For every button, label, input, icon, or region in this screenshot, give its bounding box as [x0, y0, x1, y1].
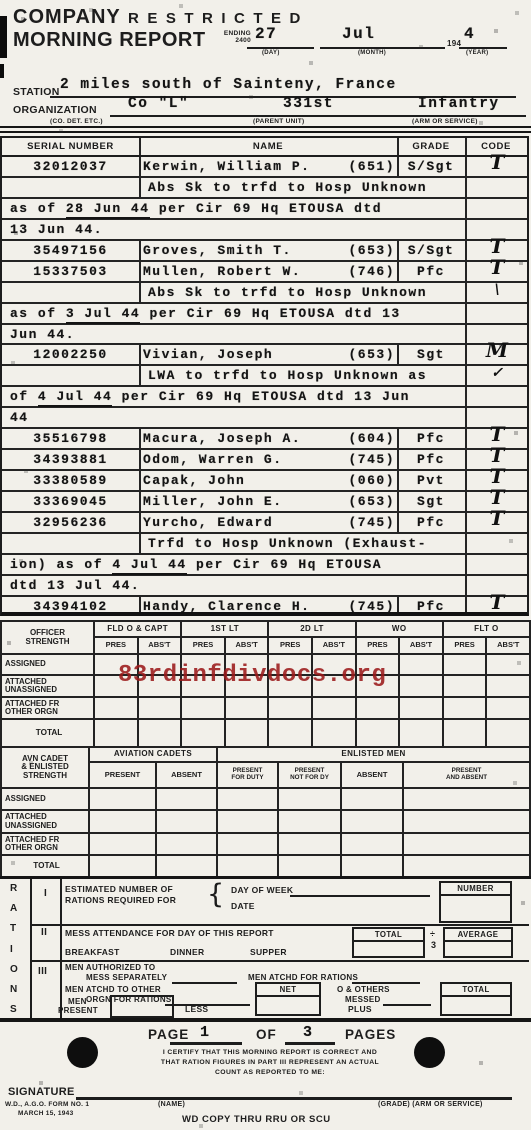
month-sublabel: (MONTH) — [358, 50, 386, 56]
name-cell: Odom, Warren G.(745) — [143, 452, 395, 467]
roster-row-entry: 35497156Groves, Smith T.(653)S/SgtT — [2, 241, 527, 262]
less-label: LESS — [185, 1004, 208, 1014]
year-rule — [459, 47, 507, 49]
roster-row-remark: LWA to trfd to Hosp Unknown as✓ — [2, 366, 527, 387]
avn-strength-stub: AVN CADET& ENLISTEDSTRENGTH — [1, 747, 89, 788]
officer-strength-cell — [181, 697, 225, 719]
remark-cell: ion) as of 4 Jul 44 per Cir 69 Hq ETOUSA — [10, 557, 382, 572]
avn-strength-cell — [403, 810, 530, 833]
men-present-box — [110, 995, 174, 1018]
grade-cell: Pfc — [397, 264, 465, 279]
rations-total-box: TOTAL — [440, 982, 512, 1016]
avn-strength-cell — [341, 833, 403, 855]
officer-group-header: 2D LT — [268, 621, 355, 637]
grade-cell: Sgt — [397, 347, 465, 362]
serial-cell: 33369045 — [2, 494, 139, 509]
form-title-line2: MORNING REPORT — [13, 29, 206, 52]
name-cell: Miller, John E.(653) — [143, 494, 395, 509]
remark-cell: Abs Sk to trfd to Hosp Unknown — [148, 180, 427, 195]
certification-statement: I CERTIFY THAT THIS MORNING REPORT IS CO… — [112, 1048, 428, 1078]
form-id-line1: W.D., A.G.O. FORM NO. 1 — [5, 1101, 89, 1108]
avn-row-label: ASSIGNED — [1, 788, 89, 810]
plus-label: PLUS — [348, 1004, 372, 1014]
remark-cell: 44 — [10, 410, 29, 425]
officer-strength-cell — [443, 675, 487, 697]
name-text: Odom, Warren G. — [143, 452, 283, 467]
officer-strength-cell — [268, 697, 312, 719]
remark-underlined-text: 4 Jul 44 — [38, 389, 112, 407]
table-line — [139, 262, 141, 281]
signature-rule — [76, 1097, 512, 1100]
avn-strength-cell — [89, 788, 156, 810]
rations-letter: I — [10, 944, 13, 955]
pres-abst-header: PRES — [94, 637, 138, 654]
supper-label: SUPPER — [250, 947, 287, 957]
officer-group-header: WO — [356, 621, 443, 637]
officer-strength-cell — [356, 719, 400, 747]
pres-abst-header: PRES — [356, 637, 400, 654]
mos-text: (746) — [348, 264, 395, 279]
officer-strength-cell — [181, 719, 225, 747]
org-parent-sublabel: (PARENT UNIT) — [253, 118, 304, 125]
roster-row-entry: 32012037Kerwin, William P.(651)S/SgtT — [2, 157, 527, 178]
page-number: 1 — [200, 1024, 211, 1041]
page-label: PAGE — [148, 1027, 189, 1042]
roster-row-remark: Trfd to Hosp Unknown (Exhaust- — [2, 534, 527, 555]
avn-strength-cell — [156, 833, 217, 855]
roster-row-entry: 33380589Capak, John(060)PvtT — [2, 471, 527, 492]
remark-cell: Jun 44. — [10, 327, 75, 342]
code-cell: T — [465, 592, 529, 612]
form-title-line1: COMPANY — [13, 6, 121, 29]
officer-row-label: TOTAL — [1, 719, 94, 747]
rations-letter: T — [10, 923, 16, 934]
officer-strength-cell — [356, 697, 400, 719]
remark-text: per Cir 69 Hq ETOUSA dtd 13 — [140, 306, 400, 321]
remark-cell: as of 28 Jun 44 per Cir 69 Hq ETOUSA dtd — [10, 201, 382, 216]
mess-separately-label: MESS SEPARATELY — [86, 973, 167, 982]
avn-strength-cell — [278, 810, 341, 833]
scan-artifact — [0, 16, 7, 58]
scan-artifact — [0, 64, 4, 78]
remark-cell: dtd 13 Jul 44. — [10, 578, 140, 593]
day-sublabel: (DAY) — [262, 50, 280, 56]
number-box-label: NUMBER — [441, 883, 510, 896]
name-text: Handy, Clarence H. — [143, 599, 310, 614]
remark-cell: LWA to trfd to Hosp Unknown as — [148, 368, 427, 383]
serial-cell: 34393881 — [2, 452, 139, 467]
code-cell: T — [465, 445, 529, 465]
table-line — [30, 879, 32, 1018]
name-cell: Kerwin, William P.(651) — [143, 159, 395, 174]
avn-strength-cell — [217, 788, 278, 810]
officer-strength-cell — [138, 719, 182, 747]
table-line — [60, 879, 62, 1018]
rations-letter: S — [10, 1004, 17, 1015]
serial-cell: 35497156 — [2, 243, 139, 258]
avn-strength-cell — [217, 833, 278, 855]
officer-strength-cell — [94, 719, 138, 747]
name-text: Capak, John — [143, 473, 245, 488]
mess-attendance-label: MESS ATTENDANCE FOR DAY OF THIS REPORT — [65, 928, 274, 938]
code-cell: T — [465, 236, 529, 256]
remark-underlined-text: 28 Jun 44 — [66, 201, 150, 219]
org-unit-sublabel: (CO. DET. ETC.) — [50, 118, 103, 125]
distribution-label: WD COPY THRU RRU OR SCU — [182, 1114, 331, 1125]
officer-strength-cell — [486, 654, 530, 675]
org-arm-sublabel: (ARM OR SERVICE) — [412, 118, 478, 125]
mos-text: (745) — [348, 452, 395, 467]
breakfast-label: BREAKFAST — [65, 947, 120, 957]
number-box: NUMBER — [439, 881, 512, 923]
report-month: Jul — [342, 25, 375, 43]
table-line — [139, 283, 141, 302]
name-text: Vivian, Joseph — [143, 347, 273, 362]
code-cell: T — [465, 508, 529, 528]
day-rule — [247, 47, 314, 49]
grade-cell: S/Sgt — [397, 159, 465, 174]
of-label: OF — [256, 1027, 277, 1042]
officer-strength-cell — [443, 719, 487, 747]
ending-time: 2400 — [235, 37, 251, 44]
roster-row-remark: 13 Jun 44. — [2, 220, 527, 241]
pages-label: PAGES — [345, 1027, 396, 1042]
code-cell: T — [465, 152, 529, 172]
net-label: NET — [257, 984, 319, 997]
remark-text: Abs Sk to trfd to Hosp Unknown — [148, 285, 427, 300]
org-arm: Infantry — [418, 96, 500, 112]
table-line — [139, 492, 141, 511]
heavy-rule — [0, 1018, 531, 1022]
code-cell: T — [465, 466, 529, 486]
code-cell: T — [465, 257, 529, 277]
section-ii-numeral: II — [41, 927, 47, 938]
remark-text: ion) as of — [10, 557, 112, 572]
rations-letter: R — [10, 883, 18, 894]
certify-line2: THAT RATION FIGURES IN PART III REPRESEN… — [112, 1058, 428, 1068]
mos-text: (651) — [348, 159, 395, 174]
form-id-line2: MARCH 15, 1943 — [18, 1110, 74, 1117]
officer-strength-stub: OFFICERSTRENGTH — [1, 621, 94, 654]
name-cell: Handy, Clarence H.(745) — [143, 599, 395, 614]
remark-cell: Abs Sk to trfd to Hosp Unknown — [148, 285, 427, 300]
officer-strength-cell — [225, 719, 269, 747]
roster-row-remark: Abs Sk to trfd to Hosp Unknown — [2, 178, 527, 199]
rations-letter: O — [10, 964, 18, 975]
code-cell: \ — [465, 283, 529, 297]
avn-subcol-header: PRESENT — [89, 762, 156, 788]
avn-subcol-header: ABSENT — [156, 762, 217, 788]
roster-row-remark: dtd 13 Jul 44. — [2, 576, 527, 597]
table-line — [139, 597, 141, 616]
roster-row-remark: of 4 Jul 44 per Cir 69 Hq ETOUSA dtd 13 … — [2, 387, 527, 408]
report-year-digit: 4 — [464, 25, 475, 43]
remark-text: 44 — [10, 410, 29, 425]
blank-rule — [352, 982, 420, 984]
table-line — [139, 429, 141, 448]
name-text: Mullen, Robert W. — [143, 264, 301, 279]
name-cell: Capak, John(060) — [143, 473, 395, 488]
avn-strength-cell — [156, 810, 217, 833]
men-atchd-for-rations-label: MEN ATCHD FOR RATIONS — [248, 973, 358, 982]
o-and-others-label: O & OTHERS — [337, 985, 390, 994]
avn-strength-cell — [278, 855, 341, 877]
blank-rule — [290, 895, 430, 897]
grade-cell: S/Sgt — [397, 243, 465, 258]
messed-label: MESSED — [345, 995, 381, 1004]
roster-row-entry: 34394102Handy, Clarence H.(745)PfcT — [2, 597, 527, 616]
table-line — [465, 555, 467, 574]
avn-group-header: AVIATION CADETS — [89, 747, 217, 762]
scan-noise — [0, 0, 2, 2]
date-label: DATE — [231, 901, 255, 911]
heavy-rule — [0, 131, 531, 133]
serial-cell: 32956236 — [2, 515, 139, 530]
restricted-stamp: RESTRICTED — [128, 10, 309, 27]
rations-estimated-line1: ESTIMATED NUMBER OF — [65, 884, 173, 894]
avn-group-header: ENLISTED MEN — [217, 747, 530, 762]
roster-row-remark: 44 — [2, 408, 527, 429]
name-cell: Vivian, Joseph(653) — [143, 347, 395, 362]
roster-row-remark: as of 28 Jun 44 per Cir 69 Hq ETOUSA dtd — [2, 199, 527, 220]
grade-cell: Sgt — [397, 494, 465, 509]
name-text: Macura, Joseph A. — [143, 431, 301, 446]
remark-text: Abs Sk to trfd to Hosp Unknown — [148, 180, 427, 195]
avn-strength-cell — [341, 788, 403, 810]
officer-strength-cell — [486, 675, 530, 697]
remark-cell: 13 Jun 44. — [10, 222, 103, 237]
section-iii-numeral: III — [38, 966, 47, 977]
roster-rows: 32012037Kerwin, William P.(651)S/SgtTAbs… — [2, 157, 527, 616]
remark-text: Jun 44. — [10, 327, 75, 342]
remark-text: per Cir 69 Hq ETOUSA dtd 13 Jun — [112, 389, 410, 404]
average-box: AVERAGE — [443, 927, 513, 958]
grade-cell: Pfc — [397, 431, 465, 446]
rations-letter: A — [10, 903, 18, 914]
heavy-rule — [0, 876, 531, 879]
avn-strength-cell — [156, 788, 217, 810]
serial-cell: 15337503 — [2, 264, 139, 279]
page-rule — [170, 1042, 242, 1045]
signature-label: SIGNATURE — [8, 1086, 75, 1098]
table-line — [465, 199, 467, 218]
certify-line1: I CERTIFY THAT THIS MORNING REPORT IS CO… — [112, 1048, 428, 1058]
rations-estimated-line2: RATIONS REQUIRED FOR — [65, 895, 176, 905]
name-cell: Groves, Smith T.(653) — [143, 243, 395, 258]
avn-strength-cell — [156, 855, 217, 877]
avn-strength-cell — [278, 833, 341, 855]
remark-text: per Cir 69 Hq ETOUSA — [187, 557, 382, 572]
pres-abst-header: ABS'T — [312, 637, 356, 654]
rations-letter: N — [10, 984, 18, 995]
avn-strength-cell — [403, 855, 530, 877]
serial-cell: 32012037 — [2, 159, 139, 174]
officer-group-header: FLD O & CAPT — [94, 621, 181, 637]
report-day: 27 — [255, 25, 277, 43]
mos-text: (653) — [348, 347, 395, 362]
table-line — [139, 366, 141, 385]
year-sublabel: (YEAR) — [466, 50, 488, 56]
roster-row-entry: 35516798Macura, Joseph A.(604)PfcT — [2, 429, 527, 450]
ending-label: ENDING 2400 — [221, 30, 251, 44]
grade-arm-sublabel: (GRADE) (ARM OR SERVICE) — [378, 1101, 483, 1108]
certify-line3: COUNT AS REPORTED TO ME: — [112, 1068, 428, 1078]
table-line — [139, 178, 141, 197]
section-i-numeral: I — [44, 888, 47, 899]
blank-rule — [383, 1004, 431, 1006]
mos-text: (060) — [348, 473, 395, 488]
roster-row-remark: as of 3 Jul 44 per Cir 69 Hq ETOUSA dtd … — [2, 304, 527, 325]
table-line — [465, 304, 467, 323]
roster-row-entry: 12002250Vivian, Joseph(653)SgtM — [2, 345, 527, 366]
table-line — [139, 241, 141, 260]
morning-report-form: COMPANY RESTRICTED MORNING REPORT ENDING… — [0, 0, 531, 1130]
roster-header: SERIAL NUMBER NAME GRADE CODE — [2, 138, 527, 157]
officer-strength-cell — [312, 719, 356, 747]
pres-abst-header: PRES — [268, 637, 312, 654]
avn-subcol-header: ABSENT — [341, 762, 403, 788]
avn-strength-cell — [278, 788, 341, 810]
table-line — [30, 924, 529, 926]
avn-subcol-header: PRESENTFOR DUTY — [217, 762, 278, 788]
officer-strength-cell — [399, 697, 443, 719]
grade-cell: Pfc — [397, 515, 465, 530]
grade-cell: Pfc — [397, 452, 465, 467]
avn-strength-cell — [341, 810, 403, 833]
table-line — [139, 534, 141, 553]
officer-strength-cell — [399, 654, 443, 675]
present-label: PRESENT — [58, 1006, 98, 1015]
table-line — [465, 534, 467, 553]
roster-row-remark: Jun 44. — [2, 325, 527, 346]
day-of-week-label: DAY OF WEEK — [231, 885, 293, 895]
avn-strength-cell — [217, 810, 278, 833]
officer-strength-cell — [486, 697, 530, 719]
table-line — [139, 138, 141, 155]
remark-text: per Cir 69 Hq ETOUSA dtd — [150, 201, 383, 216]
remark-cell: Trfd to Hosp Unknown (Exhaust- — [148, 536, 427, 551]
roster-row-entry: 33369045Miller, John E.(653)SgtT — [2, 492, 527, 513]
pres-abst-header: ABS'T — [486, 637, 530, 654]
remark-cell: as of 3 Jul 44 per Cir 69 Hq ETOUSA dtd … — [10, 306, 401, 321]
remark-underlined-text: 3 Jul 44 — [66, 306, 140, 324]
station-value: 2 miles south of Sainteny, France — [60, 77, 397, 93]
mos-text: (653) — [348, 243, 395, 258]
remark-underlined-text: 4 Jul 44 — [112, 557, 186, 575]
officer-row-label: ASSIGNED — [1, 654, 94, 675]
avn-cadet-enlisted-table: AVN CADET& ENLISTEDSTRENGTHAVIATION CADE… — [0, 746, 531, 878]
average-label: AVERAGE — [445, 929, 511, 942]
name-text: Yurcho, Edward — [143, 515, 273, 530]
table-line — [465, 178, 467, 197]
pages-total-number: 3 — [303, 1024, 314, 1041]
avn-subcol-header: PRESENTNOT FOR DY — [278, 762, 341, 788]
remark-cell: of 4 Jul 44 per Cir 69 Hq ETOUSA dtd 13 … — [10, 389, 410, 404]
punch-hole — [67, 1037, 98, 1068]
table-line — [30, 960, 529, 962]
avn-strength-cell — [89, 855, 156, 877]
name-text: Kerwin, William P. — [143, 159, 310, 174]
pres-abst-header: ABS'T — [399, 637, 443, 654]
code-cell: T — [465, 487, 529, 507]
serial-cell: 35516798 — [2, 431, 139, 446]
officer-strength-cell — [312, 697, 356, 719]
mos-text: (653) — [348, 494, 395, 509]
org-unit: Co "L" — [128, 96, 189, 112]
name-text: Miller, John E. — [143, 494, 283, 509]
grade-cell: Pvt — [397, 473, 465, 488]
code-cell: ✓ — [465, 366, 529, 380]
table-line — [465, 387, 467, 406]
mess-total-box: TOTAL — [352, 927, 425, 958]
serial-cell: 33380589 — [2, 473, 139, 488]
grade-cell: Pfc — [397, 599, 465, 614]
brace-glyph: { — [207, 879, 224, 910]
rations-total-label: TOTAL — [442, 984, 510, 997]
table-line — [139, 450, 141, 469]
remark-text: as of — [10, 306, 66, 321]
heavy-rule — [0, 126, 531, 128]
avn-strength-cell — [89, 833, 156, 855]
men-atchd-other-label: MEN ATCHD TO OTHER — [65, 985, 161, 994]
officer-strength-cell — [94, 697, 138, 719]
col-serial-number: SERIAL NUMBER — [2, 141, 139, 152]
officer-strength-cell — [486, 719, 530, 747]
pres-abst-header: ABS'T — [225, 637, 269, 654]
pages-rule — [285, 1042, 335, 1045]
officer-row-label: ATTACHED FROTHER ORGN — [1, 697, 94, 719]
mess-total-label: TOTAL — [354, 929, 423, 942]
officer-row-label: ATTACHEDUNASSIGNED — [1, 675, 94, 697]
remark-text: as of — [10, 201, 66, 216]
avn-strength-cell — [403, 833, 530, 855]
table-line — [139, 471, 141, 490]
watermark: 83rdinfdivdocs.org — [118, 662, 386, 689]
net-box: NET — [255, 982, 321, 1016]
roster-row-entry: 15337503Mullen, Robert W.(746)PfcT — [2, 262, 527, 283]
name-cell: Yurcho, Edward(745) — [143, 515, 395, 530]
ending-word: ENDING — [224, 30, 251, 37]
avn-strength-cell — [217, 855, 278, 877]
roster-row-entry: 32956236Yurcho, Edward(745)PfcT — [2, 513, 527, 534]
officer-group-header: 1ST LT — [181, 621, 268, 637]
avn-subcol-header: PRESENTAND ABSENT — [403, 762, 530, 788]
org-parent-unit: 331st — [283, 96, 334, 112]
blank-rule — [172, 982, 237, 984]
dinner-label: DINNER — [170, 947, 204, 957]
mos-text: (745) — [348, 599, 395, 614]
officer-strength-cell — [443, 697, 487, 719]
officer-strength-cell — [268, 719, 312, 747]
name-sublabel: (NAME) — [158, 1101, 185, 1108]
table-line — [139, 157, 141, 176]
pres-abst-header: PRES — [443, 637, 487, 654]
roster-row-remark: ion) as of 4 Jul 44 per Cir 69 Hq ETOUSA — [2, 555, 527, 576]
officer-strength-cell — [399, 719, 443, 747]
col-grade: GRADE — [397, 141, 465, 152]
code-cell: T — [465, 424, 529, 444]
org-rule — [110, 115, 526, 117]
men-authorized-label: MEN AUTHORIZED TO — [65, 963, 155, 972]
avn-row-label: TOTAL — [1, 855, 89, 877]
organization-label: ORGANIZATION — [13, 104, 97, 116]
mos-text: (745) — [348, 515, 395, 530]
name-text: Groves, Smith T. — [143, 243, 292, 258]
men-label: MEN — [68, 997, 87, 1006]
avn-strength-cell — [89, 810, 156, 833]
roster-row-entry: 34393881Odom, Warren G.(745)PfcT — [2, 450, 527, 471]
remark-text: dtd 13 Jul 44. — [10, 578, 140, 593]
